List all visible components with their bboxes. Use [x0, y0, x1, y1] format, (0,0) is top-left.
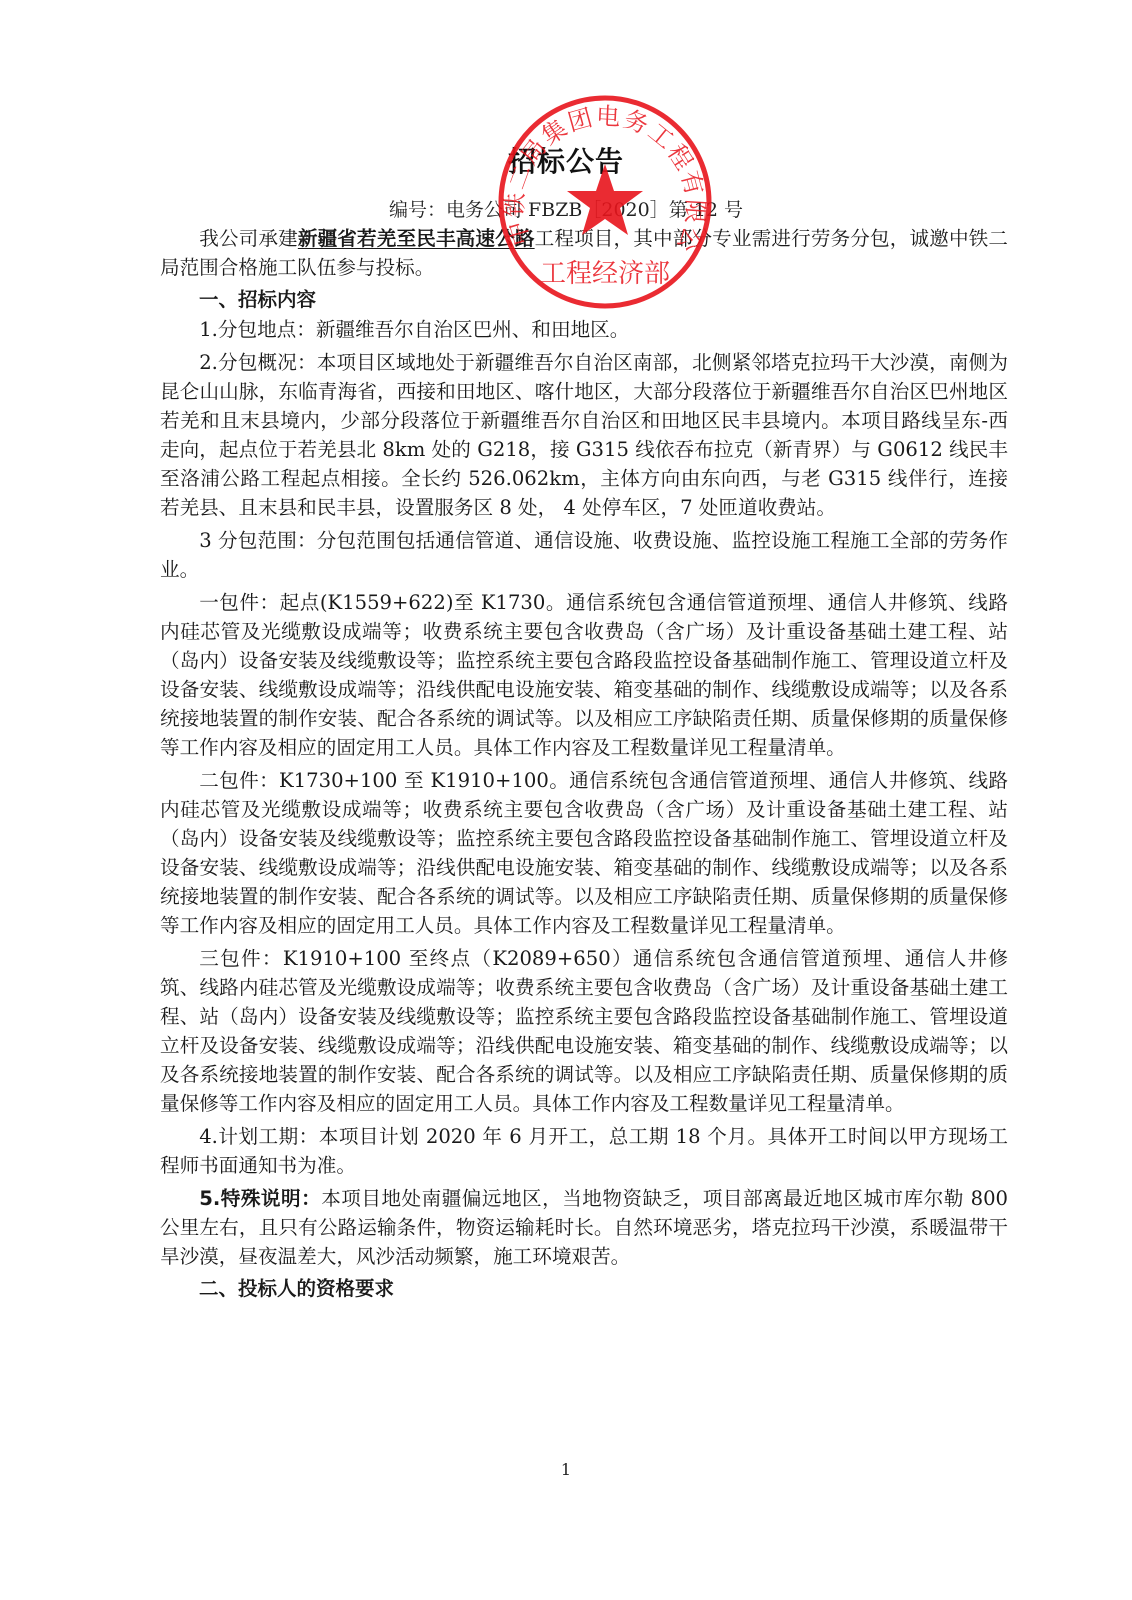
item-schedule: 4.计划工期：本项目计划 2020 年 6 月开工，总工期 18 个月。具体开工… [160, 1122, 1008, 1180]
section-heading-bidding-content: 一、招标内容 [160, 284, 1008, 315]
section-heading-bidder-qualifications: 二、投标人的资格要求 [160, 1273, 1008, 1304]
intro-paragraph: 我公司承建新疆省若羌至民丰高速公路工程项目，其中部分专业需进行劳务分包，诚邀中铁… [160, 224, 1008, 282]
page-title: 招标公告 [0, 140, 1132, 180]
document-body: 我公司承建新疆省若羌至民丰高速公路工程项目，其中部分专业需进行劳务分包，诚邀中铁… [160, 224, 1008, 1304]
item-subcontract-location: 1.分包地点：新疆维吾尔自治区巴州、和田地区。 [160, 315, 1008, 344]
item-special-notes: 5.特殊说明：本项目地处南疆偏远地区，当地物资缺乏，项目部离最近地区城市库尔勒 … [160, 1184, 1008, 1271]
package-2: 二包件：K1730+100 至 K1910+100。通信系统包含通信管道预埋、通… [160, 766, 1008, 940]
intro-prefix: 我公司承建 [199, 227, 298, 250]
package-1: 一包件：起点(K1559+622)至 K1730。通信系统包含通信管道预埋、通信… [160, 588, 1008, 762]
project-name: 新疆省若羌至民丰高速公路 [298, 227, 535, 250]
special-notes-label: 5.特殊说明： [199, 1187, 321, 1210]
item-subcontract-overview: 2.分包概况：本项目区域地处于新疆维吾尔自治区南部，北侧紧邻塔克拉玛干大沙漠，南… [160, 348, 1008, 522]
document-number: 编号：电务公司 FBZB［2020］第 12 号 [0, 195, 1132, 222]
item-subcontract-scope: 3 分包范围：分包范围包括通信管道、通信设施、收费设施、监控设施工程施工全部的劳… [160, 526, 1008, 584]
package-3: 三包件：K1910+100 至终点（K2089+650）通信系统包含通信管道预埋… [160, 944, 1008, 1118]
document-page: 招标公告 编号：电务公司 FBZB［2020］第 12 号 中铁二局集团电务工程… [0, 0, 1132, 1600]
page-number: 1 [0, 1460, 1132, 1479]
